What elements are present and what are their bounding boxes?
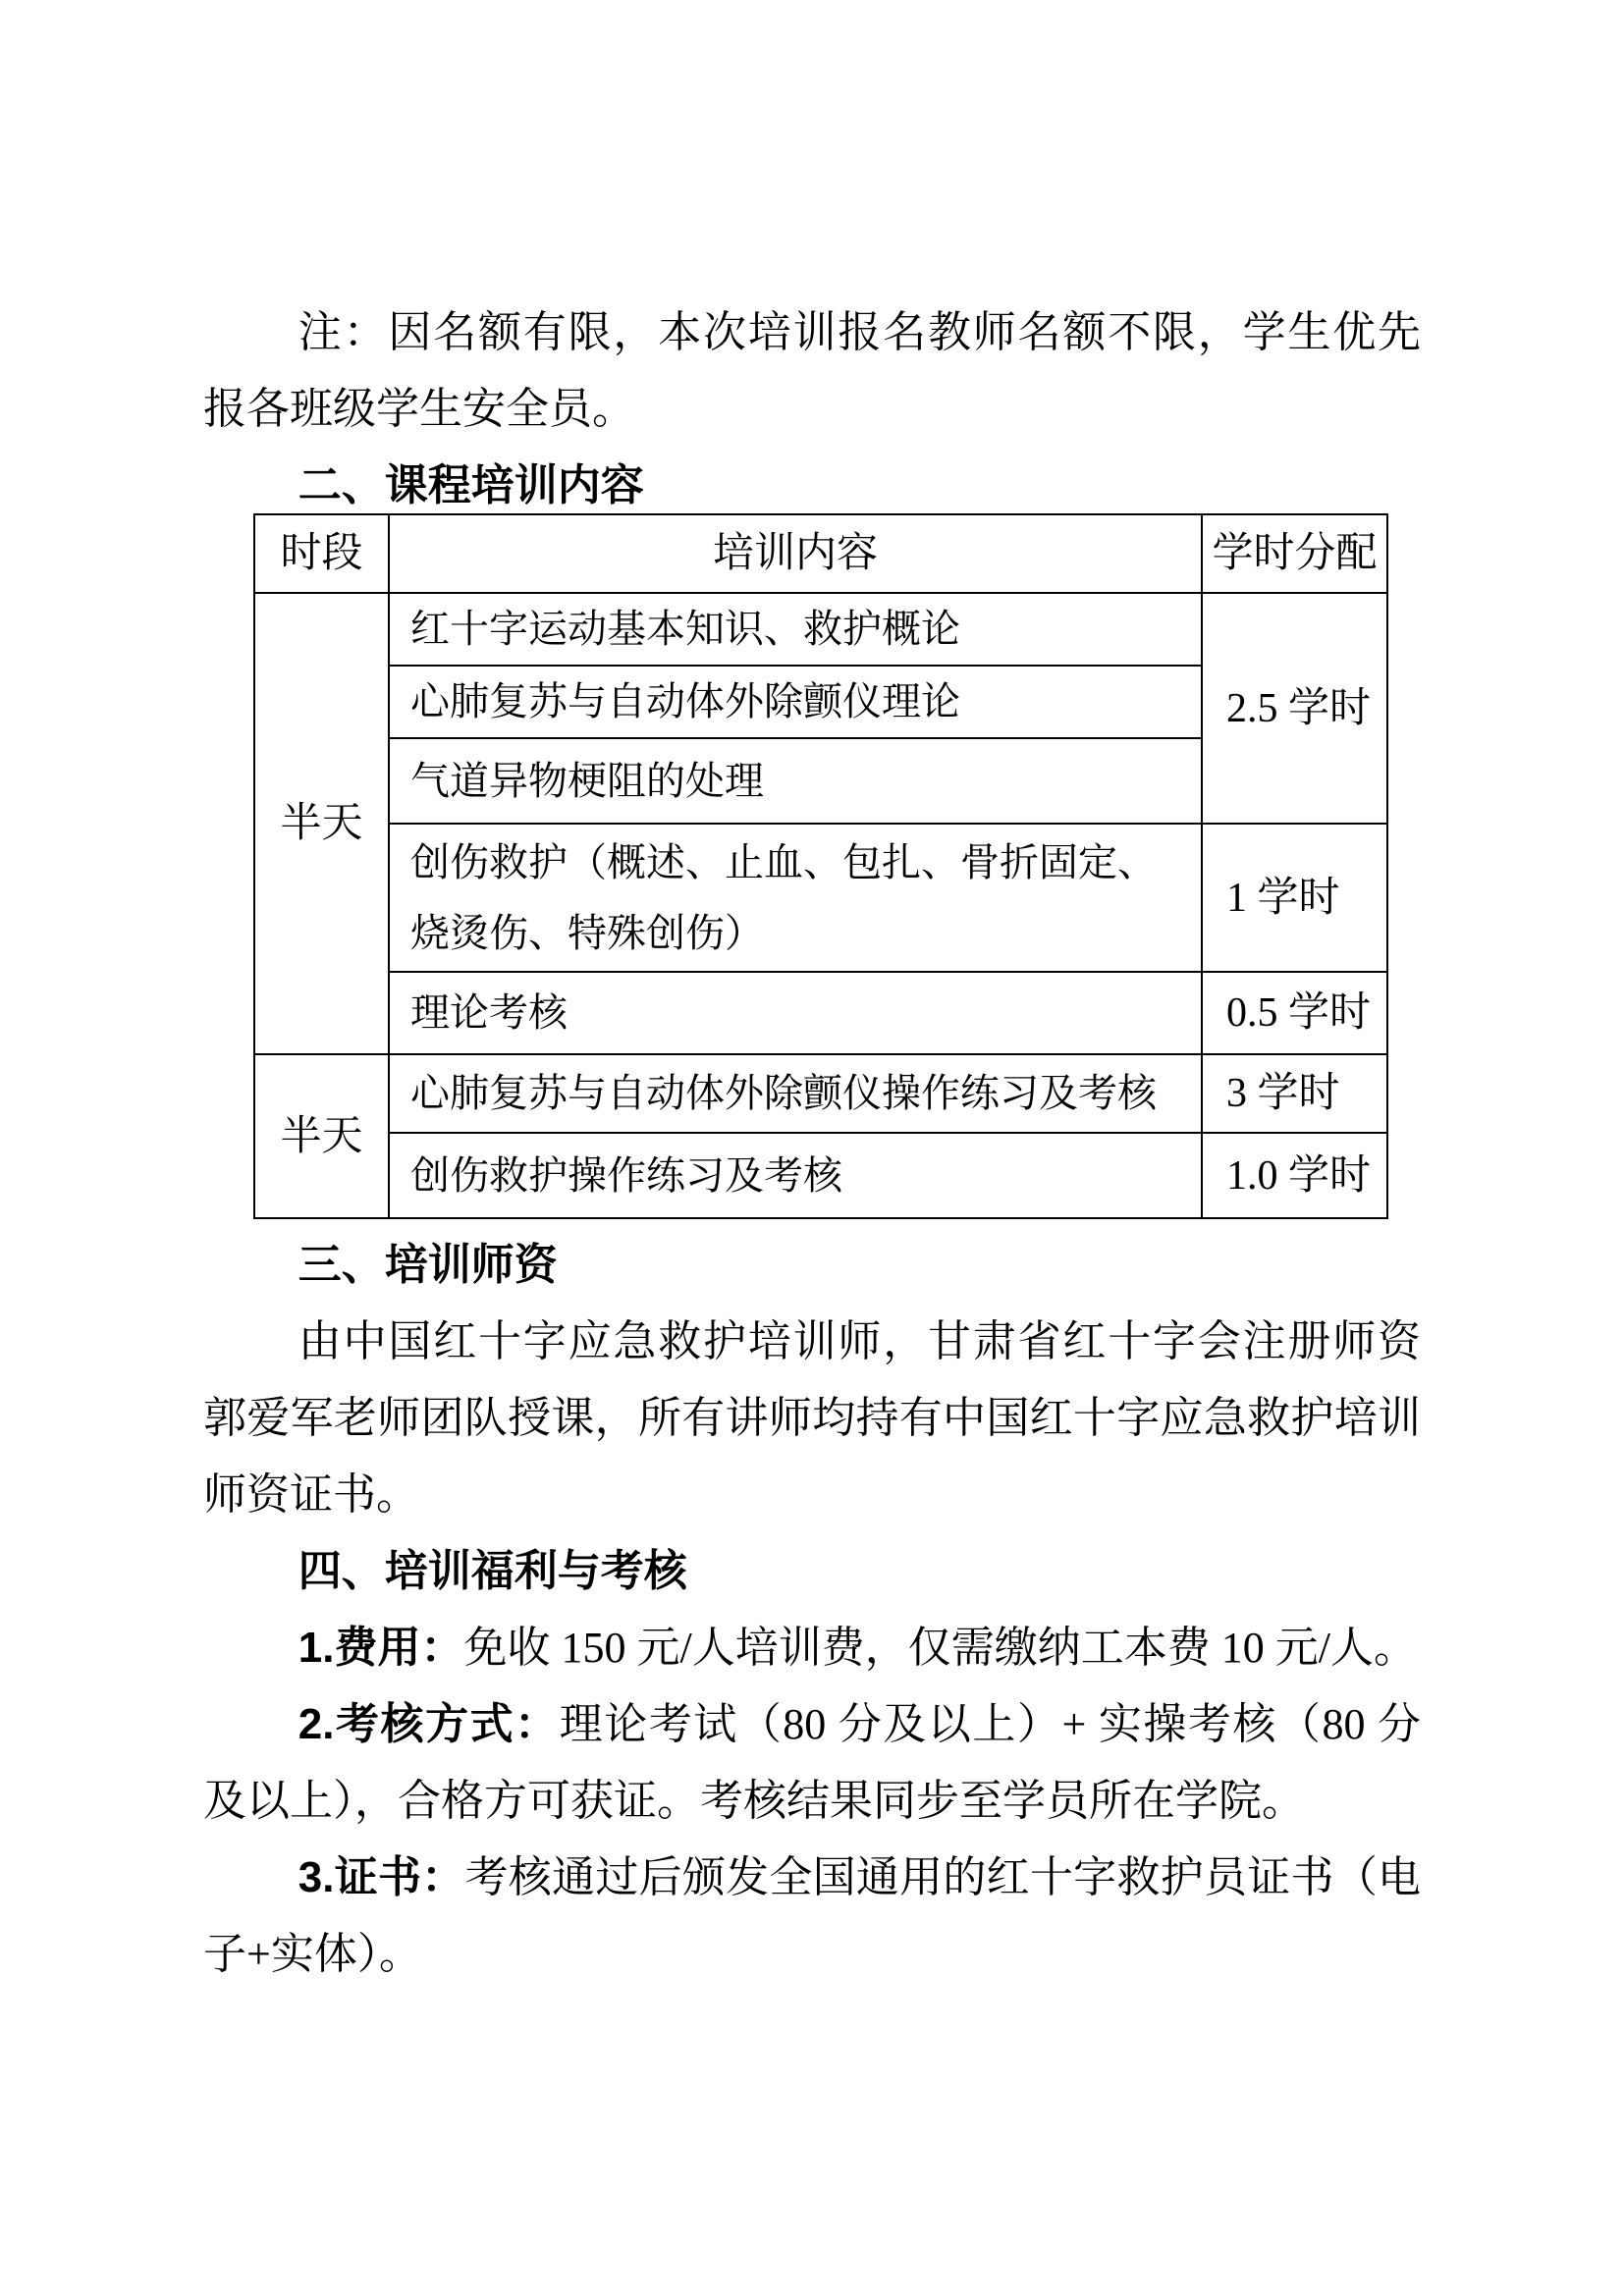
- benefit-item-fee-text: 免收 150 元/人培训费，仅需缴纳工本费 10 元/人。: [464, 1624, 1417, 1672]
- content-cell: 气道异物梗阻的处理: [389, 738, 1202, 824]
- table-row: 理论考核 0.5 学时: [254, 972, 1387, 1054]
- benefit-item-fee: 1.费用：免收 150 元/人培训费，仅需缴纳工本费 10 元/人。: [203, 1610, 1421, 1686]
- table-header-hours: 学时分配: [1202, 514, 1387, 593]
- table-header-row: 时段 培训内容 学时分配: [254, 514, 1387, 593]
- table-header-content: 培训内容: [389, 514, 1202, 593]
- hours-cell: 1 学时: [1202, 824, 1387, 972]
- table-row: 半天 红十字运动基本知识、救护概论 2.5 学时: [254, 593, 1387, 666]
- content-cell: 创伤救护（概述、止血、包扎、骨折固定、烧烫伤、特殊创伤）: [389, 824, 1202, 972]
- table-row: 创伤救护操作练习及考核 1.0 学时: [254, 1133, 1387, 1218]
- content-cell: 创伤救护操作练习及考核: [389, 1133, 1202, 1218]
- table-row: 半天 心肺复苏与自动体外除颤仪操作练习及考核 3 学时: [254, 1054, 1387, 1133]
- period-cell-halfday-1: 半天: [254, 593, 389, 1054]
- table-header-period: 时段: [254, 514, 389, 593]
- course-schedule-table: 时段 培训内容 学时分配 半天 红十字运动基本知识、救护概论 2.5 学时 心肺…: [253, 513, 1388, 1219]
- note-paragraph: 注：因名额有限，本次培训报名教师名额不限，学生优先报各班级学生安全员。: [203, 294, 1421, 448]
- content-cell: 心肺复苏与自动体外除颤仪操作练习及考核: [389, 1054, 1202, 1133]
- benefit-item-certificate: 3.证书：考核通过后颁发全国通用的红十字救护员证书（电子+实体）。: [203, 1840, 1421, 1993]
- content-cell: 红十字运动基本知识、救护概论: [389, 593, 1202, 666]
- hours-cell: 1.0 学时: [1202, 1133, 1387, 1218]
- hours-cell: 0.5 学时: [1202, 972, 1387, 1054]
- teachers-paragraph: 由中国红十字应急救护培训师，甘肃省红十字会注册师资郭爱军老师团队授课，所有讲师均…: [203, 1304, 1421, 1533]
- hours-cell: 3 学时: [1202, 1054, 1387, 1133]
- benefit-item-fee-label: 1.费用：: [298, 1624, 464, 1672]
- section-benefits-heading: 四、培训福利与考核: [203, 1533, 1421, 1610]
- content-cell: 心肺复苏与自动体外除颤仪理论: [389, 666, 1202, 738]
- section-teachers-heading: 三、培训师资: [203, 1227, 1421, 1304]
- benefit-item-certificate-label: 3.证书：: [298, 1853, 465, 1901]
- benefit-item-assessment: 2.考核方式：理论考试（80 分及以上）+ 实操考核（80 分及以上），合格方可…: [203, 1686, 1421, 1840]
- benefit-item-assessment-label: 2.考核方式：: [298, 1700, 560, 1748]
- content-cell: 理论考核: [389, 972, 1202, 1054]
- document-page: 注：因名额有限，本次培训报名教师名额不限，学生优先报各班级学生安全员。 二、课程…: [0, 0, 1624, 2296]
- hours-cell: 2.5 学时: [1202, 593, 1387, 824]
- table-row: 创伤救护（概述、止血、包扎、骨折固定、烧烫伤、特殊创伤） 1 学时: [254, 824, 1387, 972]
- document-body: 注：因名额有限，本次培训报名教师名额不限，学生优先报各班级学生安全员。 二、课程…: [203, 294, 1421, 1993]
- period-cell-halfday-2: 半天: [254, 1054, 389, 1218]
